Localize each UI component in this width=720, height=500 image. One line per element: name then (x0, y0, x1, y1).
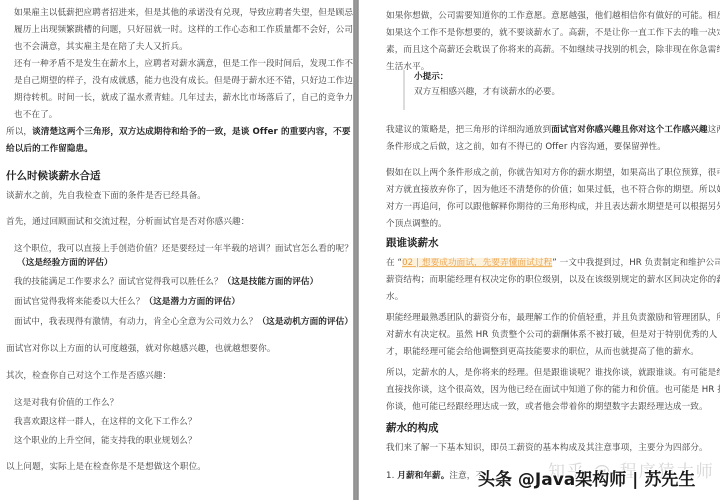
text-line: 你谈，他可能已经跟经理达成一致，或者他会带着你的期望数字去跟经理达成一致。 (386, 399, 720, 416)
text-prefix: 我建议的策略是，把三角形的详细沟通放到 (386, 125, 551, 135)
list-item-monthly-annual-salary: 1. 月薪和年薪。注意，不 (386, 468, 484, 485)
text-line: 所以，定薪水的人，是你将来的经理。但是跟谁谈呢？谁找你谈，就跟谁谈。有可能是经理 (386, 365, 720, 382)
text-line: 职能经理最熟悉团队的薪资分布，最理解工作的价值轻重，并且负责激励和管理团队，所以 (386, 310, 720, 327)
self-question-growth: 这个职业的上升空间，能支持我的职业规划么？ (14, 433, 197, 450)
article-link[interactable]: 02 | 想要成功面试，先要弄懂面试过程 (402, 258, 552, 268)
text-line: 薪资结构；而职能经理有权决定你的职位级别，以及在该级别规定的薪水区间决定你的薪 (386, 272, 720, 289)
text-line: 如果雇主以低薪把应聘者招进来，但是其他的承诺没有兑现，导致应聘者失望，但是顾忌 (14, 5, 353, 22)
text-line: 如果这个工作不是你想要的，就不要谈薪水了。高薪，不是让你一直工作下去的唯一决定因 (386, 25, 720, 42)
question-text: 这个职位，我可以直接上手创造价值？还是要经过一年半载的培训？面试官怎么看的呢？ (14, 242, 353, 256)
paragraph-conclusion-two-triangles: 所以，谈清楚这两个三角形，双方达成期待和给予的一致，是谈 Offer 的重要内容… (6, 124, 351, 158)
text-line: 条件形成之后做，这之前，如有不得已的 Offer 内容沟通，要保留弹性。 (386, 139, 720, 156)
bold-text: 月薪和年薪。 (397, 471, 449, 481)
text-line: 对方就直接放弃你了，因为他还不清楚你的价值；如果过低，也不符合你的期望。所以如果 (386, 182, 720, 199)
list-number: 1. (386, 471, 394, 481)
interviewer-question-potential: 面试官觉得我将来能委以大任么？（这是潜力方面的评估） (14, 294, 240, 311)
paragraph-first-interviewer-interest: 首先，通过回顾面试和交流过程，分析面试官是否对你感兴趣： (6, 214, 249, 231)
paragraph-interviewer-recognition: 面试官对你以上方面的认可度越强，就对你越感兴趣，也就越想要你。 (6, 341, 276, 358)
text-suffix: 这两个 (708, 125, 720, 135)
tip-title: 小提示： (414, 70, 614, 85)
interviewer-question-motivation: 面试中，我表现得有激情，有动力，肯全心全意为公司效力么？（这是动机方面的评估） (14, 314, 353, 331)
paragraph-manager-authority: 职能经理最熟悉团队的薪资分布，最理解工作的价值轻重，并且负责激励和管理团队，所以… (386, 310, 720, 361)
self-question-culture: 我喜欢跟这样一群人，在这样的文化下工作么？ (14, 414, 197, 431)
paragraph-salary-satisfied-conflict: 还有一种矛盾不是发生在薪水上，应聘者对薪水满意，但是工作一段时间后，发现工作不 … (14, 56, 353, 124)
self-question-value: 这是对我有价值的工作么？ (14, 395, 118, 412)
question-text: 面试官觉得我将来能委以大任么？ (14, 297, 144, 307)
heading-who-to-negotiate-with: 跟谁谈薪水 (386, 235, 439, 250)
text-line: 也不在了。 (14, 107, 353, 124)
text-prefix: 所以， (6, 127, 32, 137)
bold-text: 给以后的工作留隐患。 (6, 141, 351, 158)
text-line: 如果你想做，公司需要知道你的工作意愿。意愿越强，他们越相信你有做好的可能。相反， (386, 8, 720, 25)
paragraph-low-salary-hire: 如果雇主以低薪把应聘者招进来，但是其他的承诺没有兑现，导致应聘者失望，但是顾忌 … (14, 5, 353, 56)
text-line: 个顶点调整的。 (386, 216, 720, 233)
question-note: （这是技能方面的评估） (223, 277, 319, 287)
text-line: 直接找你谈，这个很高效，因为他已经在面试中知道了你的能力和价值。也可能是 HR … (386, 382, 720, 399)
text-prefix: 在 “ (386, 258, 402, 268)
left-document-page: 如果雇主以低薪把应聘者招进来，但是其他的承诺没有兑现，导致应聘者失望，但是顾忌 … (0, 0, 353, 500)
paragraph-who-decides: 所以，定薪水的人，是你将来的经理。但是跟谁谈呢？谁找你谈，就跟谁谈。有可能是经理… (386, 365, 720, 416)
bold-text: 面试官对你感兴趣且你对这个工作感兴趣 (551, 125, 708, 135)
interviewer-question-skill: 我的技能满足工作要求么？面试官觉得我可以胜任么？（这是技能方面的评估） (14, 274, 318, 291)
text-line: 履历上出现频繁跳槽的问题，只好屈就一时。这样的工作心态和工作质量都不会好，公司 (14, 22, 353, 39)
text-line: 是自己期望的样子，没有成就感，能力也没有成长。但是碍于薪水还不错，只好边工作边 (14, 73, 353, 90)
text-line: 也不会满意，其实雇主是在陪了夫人又折兵。 (14, 39, 353, 56)
paragraph-basics-intro: 我们来了解一下基本知识，即员工薪资的基本构成及其注意事项，主要分为四部分。 (386, 440, 708, 457)
text-suffix: ” 一文中我提到过，HR 负责制定和维护公司的 (552, 258, 720, 268)
text-line: 对薪水有决定权。虽然 HR 负责整个公司的薪酬体系不被打破，但是对于特别优秀的人 (386, 327, 720, 344)
paragraph-work-willingness: 如果你想做，公司需要知道你的工作意愿。意愿越强，他们越相信你有做好的可能。相反，… (386, 8, 720, 76)
interviewer-question-experience: 这个职位，我可以直接上手创造价值？还是要经过一年半载的培训？面试官怎么看的呢？ … (14, 242, 353, 270)
text-line: 我建议的策略是，把三角形的详细沟通放到面试官对你感兴趣且你对这个工作感兴趣这两个 (386, 122, 720, 139)
watermark-toutiao: 头条 @Java架构师 | 苏先生 (478, 465, 695, 490)
paragraph-strategy: 我建议的策略是，把三角形的详细沟通放到面试官对你感兴趣且你对这个工作感兴趣这两个… (386, 122, 720, 156)
question-text: 面试中，我表现得有激情，有动力，肯全心全意为公司效力么？ (14, 317, 257, 327)
paragraph-summary-check: 以上问题，实际上是在检查你是不是想做这个职位。 (6, 459, 206, 476)
text-line: 假如在以上两个条件形成之前，你就告知对方你的薪水期望，如果高出了职位预算，很可能 (386, 165, 720, 182)
text-line: 期待转机。时间一长，就成了温水煮青蛙。几年过去，薪水比市场落后了，自己的竞争力 (14, 90, 353, 107)
question-note: （这是潜力方面的评估） (144, 297, 240, 307)
heading-when-to-negotiate: 什么时候谈薪水合适 (6, 168, 101, 183)
question-text: 我的技能满足工作要求么？面试官觉得我可以胜任么？ (14, 277, 223, 287)
paragraph-second-self-interest: 其次，检查你自己对这个工作是否感兴趣： (6, 368, 171, 385)
question-note: （这是经验方面的评估） (14, 256, 353, 270)
text-line: 还有一种矛盾不是发生在薪水上，应聘者对薪水满意，但是工作一段时间后，发现工作不 (14, 56, 353, 73)
text-line: 水。 (386, 289, 720, 306)
paragraph-early-expectation-risk: 假如在以上两个条件形成之前，你就告知对方你的薪水期望，如果高出了职位预算，很可能… (386, 165, 720, 233)
text-line: 所以，谈清楚这两个三角形，双方达成期待和给予的一致，是谈 Offer 的重要内容… (6, 124, 351, 141)
text-line: 素，而且这个高薪还会耽误了你将来的高薪。不如继续寻找别的机会，除非现在你急需维持 (386, 42, 720, 59)
tip-blockquote: 小提示： 双方互相感兴趣，才有谈薪水的必要。 (403, 70, 614, 110)
question-note: （这是动机方面的评估） (257, 317, 353, 327)
tip-body: 双方互相感兴趣，才有谈薪水的必要。 (414, 85, 614, 100)
bold-text: 谈清楚这两个三角形，双方达成期待和给予的一致，是谈 Offer 的重要内容，不要 (32, 127, 350, 137)
heading-salary-composition: 薪水的构成 (386, 420, 439, 435)
text-line: 才，职能经理可能会给他调整到更高技能要求的职位，从而也就提高了他的薪水。 (386, 344, 720, 361)
text-line: 在 “02 | 想要成功面试，先要弄懂面试过程” 一文中我提到过，HR 负责制定… (386, 255, 720, 272)
text-line: 对方一再追问，你可以跟他解释你期待的三角形构成，并且表达薪水期望是可以根据另外两 (386, 199, 720, 216)
paragraph-hr-vs-manager: 在 “02 | 想要成功面试，先要弄懂面试过程” 一文中我提到过，HR 负责制定… (386, 255, 720, 306)
paragraph-self-check: 谈薪水之前，先自我检查下面的条件是否已经具备。 (6, 188, 206, 205)
